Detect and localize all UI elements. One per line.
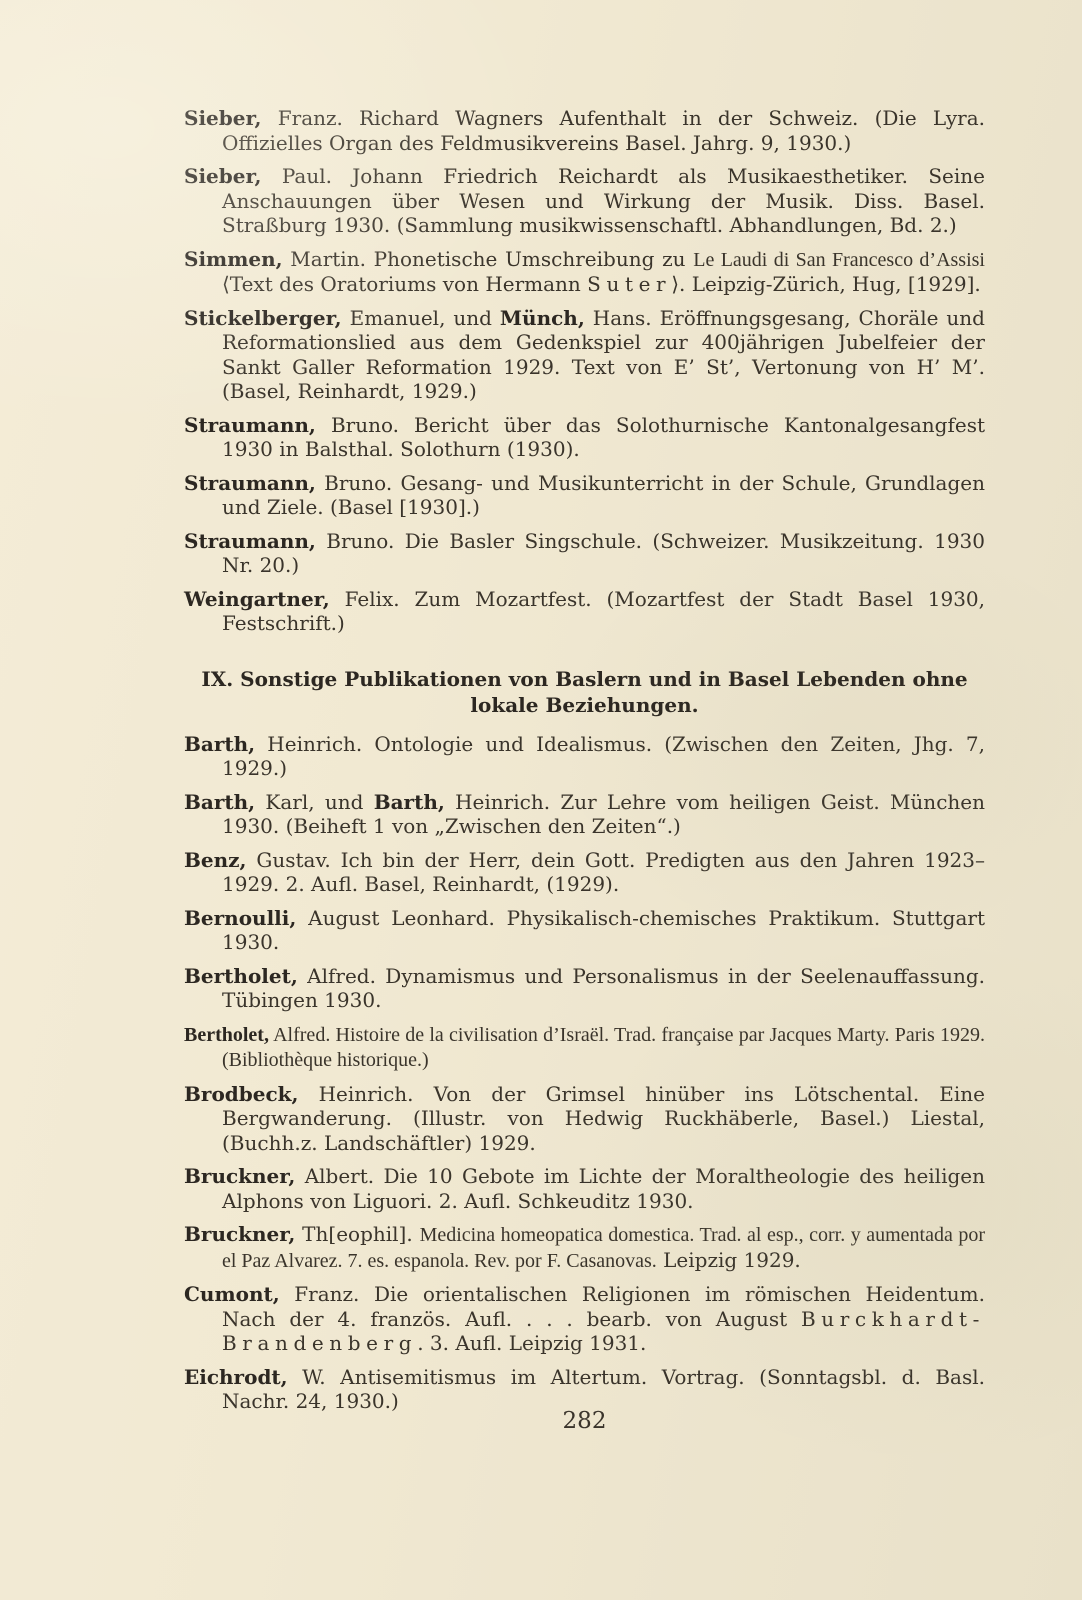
bibliography-entry: Bruckner, Albert. Die 10 Gebote im Licht…: [184, 1164, 985, 1213]
bibliography-entry: Weingartner, Felix. Zum Mozartfest. (Moz…: [184, 587, 985, 636]
author-name: Benz,: [184, 848, 247, 872]
entry-text: Heinrich. Ontologie und Idealismus. (Zwi…: [222, 732, 985, 781]
entry-text: Bruno. Gesang- und Musikunterricht in de…: [222, 471, 985, 520]
author-name: Cumont,: [184, 1282, 280, 1306]
author-name: Straumann,: [184, 471, 316, 495]
entry-text: Paul. Johann Friedrich Reichardt als Mus…: [222, 164, 985, 237]
entry-text: . 3. Aufl. Leipzig 1931.: [417, 1331, 646, 1355]
entry-text: W. Antisemitismus im Altertum. Vortrag. …: [222, 1365, 985, 1414]
entry-text: Franz. Richard Wagners Aufenthalt in der…: [222, 106, 985, 155]
author-name: Barth,: [184, 790, 255, 814]
bibliography-entry: Bruckner, Th[eophil]. Medicina homeopati…: [184, 1222, 985, 1273]
bibliography-entry: Straumann, Bruno. Bericht über das Solot…: [184, 413, 985, 462]
book-page: Sieber, Franz. Richard Wagners Aufenthal…: [0, 0, 1082, 1600]
entry-text: Th[eophil].: [295, 1222, 419, 1246]
bibliography-entry: Bertholet, Alfred. Dynamismus und Person…: [184, 964, 985, 1013]
entry-text: Alfred. Dynamismus und Personalismus in …: [222, 964, 985, 1013]
entry-text: Karl, und: [255, 790, 374, 814]
bibliography-section-music: Sieber, Franz. Richard Wagners Aufenthal…: [184, 106, 985, 636]
bibliography-entry: Barth, Heinrich. Ontologie und Idealismu…: [184, 732, 985, 781]
bibliography-entry: Brodbeck, Heinrich. Von der Grimsel hinü…: [184, 1082, 985, 1156]
entry-text: Heinrich. Von der Grimsel hinüber ins Lö…: [222, 1082, 985, 1155]
bibliography-entry: Straumann, Bruno. Die Basler Singschule.…: [184, 529, 985, 578]
author-name: Münch,: [500, 306, 585, 330]
entry-text: Bruno. Bericht über das Solothurnische K…: [222, 413, 985, 462]
entry-text: Alfred. Histoire de la civilisation d’Is…: [222, 1024, 985, 1072]
author-name: Eichrodt,: [184, 1365, 288, 1389]
entry-text: Leipzig 1929.: [657, 1248, 801, 1272]
bibliography-entry: Simmen, Martin. Phonetische Umschreibung…: [184, 247, 985, 297]
entry-text: Albert. Die 10 Gebote im Lichte der Mora…: [222, 1164, 985, 1213]
author-name: Brodbeck,: [184, 1082, 298, 1106]
bibliography-entry: Barth, Karl, und Barth, Heinrich. Zur Le…: [184, 790, 985, 839]
author-name: Weingartner,: [184, 587, 330, 611]
author-name: Straumann,: [184, 413, 316, 437]
author-name: Sieber,: [184, 106, 262, 130]
bibliography: Sieber, Franz. Richard Wagners Aufenthal…: [184, 106, 985, 1423]
bibliography-entry: Bertholet, Alfred. Histoire de la civili…: [184, 1022, 985, 1073]
entry-text: Emanuel, und: [342, 306, 500, 330]
entry-text: August Leonhard. Physikalisch-chemisches…: [222, 906, 985, 955]
page-number: 282: [184, 1408, 985, 1434]
author-name: Bernoulli,: [184, 906, 296, 930]
letterspaced-name: Suter: [587, 272, 671, 296]
author-name: Stickelberger,: [184, 306, 342, 330]
bibliography-entry: Sieber, Franz. Richard Wagners Aufenthal…: [184, 106, 985, 155]
section-heading: IX. Sonstige Publikationen von Baslern u…: [190, 666, 979, 718]
author-name: Barth,: [184, 732, 255, 756]
entry-text: Felix. Zum Mozartfest. (Mozartfest der S…: [222, 587, 985, 636]
entry-text: ⟨Text des Oratoriums von Hermann: [222, 272, 587, 296]
bibliography-entry: Sieber, Paul. Johann Friedrich Reichardt…: [184, 164, 985, 238]
author-name: Bertholet,: [184, 1024, 269, 1046]
bibliography-entry: Eichrodt, W. Antisemitismus im Altertum.…: [184, 1365, 985, 1414]
bibliography-entry: Benz, Gustav. Ich bin der Herr, dein Got…: [184, 848, 985, 897]
entry-text: ⟩. Leipzig-Zürich, Hug, [1929].: [671, 272, 981, 296]
author-name: Bruckner,: [184, 1222, 295, 1246]
entry-text: Gustav. Ich bin der Herr, dein Gott. Pre…: [222, 848, 985, 897]
author-name: Sieber,: [184, 164, 262, 188]
author-name: Barth,: [374, 790, 445, 814]
bibliography-section-other: Barth, Heinrich. Ontologie und Idealismu…: [184, 732, 985, 1414]
bibliography-entry: Bernoulli, August Leonhard. Physikalisch…: [184, 906, 985, 955]
author-name: Straumann,: [184, 529, 316, 553]
bibliography-entry: Stickelberger, Emanuel, und Münch, Hans.…: [184, 306, 985, 404]
entry-text: Bruno. Die Basler Singschule. (Schweizer…: [222, 529, 985, 578]
author-name: Bruckner,: [184, 1164, 295, 1188]
bibliography-entry: Cumont, Franz. Die orientalischen Religi…: [184, 1282, 985, 1356]
entry-text: Le Laudi di San Francesco d’Assisi: [693, 249, 985, 271]
entry-text: Martin. Phonetische Umschreibung zu: [283, 247, 694, 271]
author-name: Bertholet,: [184, 964, 298, 988]
bibliography-entry: Straumann, Bruno. Gesang- und Musikunter…: [184, 471, 985, 520]
author-name: Simmen,: [184, 247, 283, 271]
